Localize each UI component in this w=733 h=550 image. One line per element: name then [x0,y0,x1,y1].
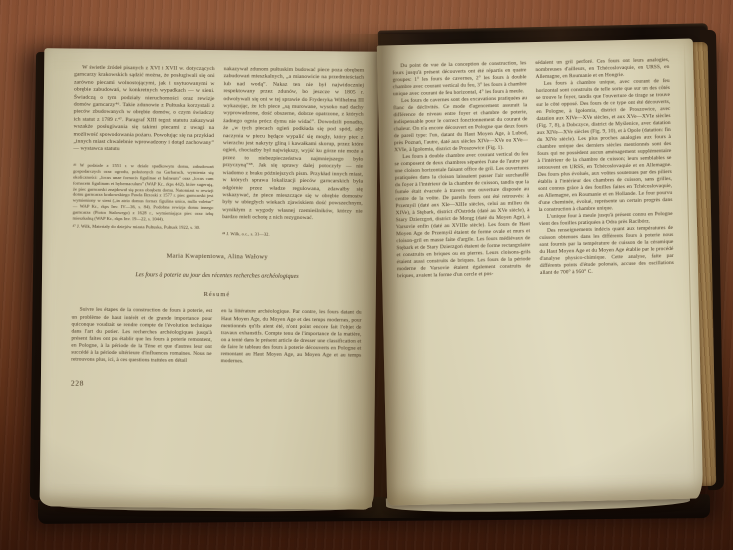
french-paragraph: Du point de vue de la conception de cons… [392,60,527,98]
summary-column-2: en la littérature archéologique. Par con… [221,309,362,367]
summary-title: Les fours à poterie au jour des récentes… [72,272,362,281]
summary-column-1: Suivre les étapes de la construction de … [71,307,212,365]
french-paragraph: sédaient un gril perforé. Ces fours ont … [535,57,669,81]
french-paragraph: Les fours de cavernes sont des excavatio… [393,95,528,154]
summary-label: Résumé [72,290,362,300]
summary-text: Suivre les étapes de la construction de … [71,307,212,365]
polish-article-columns: W świetle źródeł pisanych z XVI i XVII w… [72,65,364,240]
summary-text: en la littérature archéologique. Par con… [221,309,362,367]
french-paragraph: Les fours à double chambre avec courant … [394,151,531,280]
summary-authors: Maria Kwapieniowa, Alina Wałowy [72,252,362,262]
photo-of-open-book: W świetle źródeł pisanych z XVI i XVII w… [0,0,733,550]
polish-article-text: W świetle źródeł pisanych z XVI i XVII w… [73,65,214,155]
page-number: 228 [71,379,361,391]
left-page: W świetle źródeł pisanych z XVI i XVII w… [40,48,379,509]
left-page-column-1: W świetle źródeł pisanych z XVI i XVII w… [72,65,214,239]
footnote: ⁴⁷ J. Wilk, Materiały do dziejów miasta … [73,224,214,231]
footnotes-block: ⁴⁸ J. Wilk, o.c., s. 31—32. [222,231,363,238]
footnotes-block: ⁴⁶ W podziale z 1551 r. w dziale spadkow… [73,162,214,230]
right-page-column-1: Du point de vue de la conception de cons… [392,60,531,280]
polish-article-text: nakazywał zdunom pułtuskim budować piece… [222,66,364,223]
french-paragraph: Les fours à chambre unique, avec courant… [536,78,673,214]
summary-columns: Suivre les étapes de la construction de … [71,307,362,367]
french-paragraph: Des renseignements indécis quant aux tem… [539,225,674,277]
right-page-column-2: sédaient un gril perforé. Ces fours ont … [535,57,674,277]
right-page-content: Du point de vue de la conception de cons… [377,38,703,505]
right-page-columns: Du point de vue de la conception de cons… [392,57,674,280]
footnote: ⁴⁶ W podziale z 1551 r. w dziale spadkow… [73,162,214,223]
right-page: Du point de vue de la conception de cons… [377,38,703,505]
footnote: ⁴⁸ J. Wilk, o.c., s. 31—32. [222,231,363,238]
left-page-content: W świetle źródeł pisanych z XVI i XVII w… [40,48,379,509]
left-page-column-2: nakazywał zdunom pułtuskim budować piece… [222,66,364,240]
